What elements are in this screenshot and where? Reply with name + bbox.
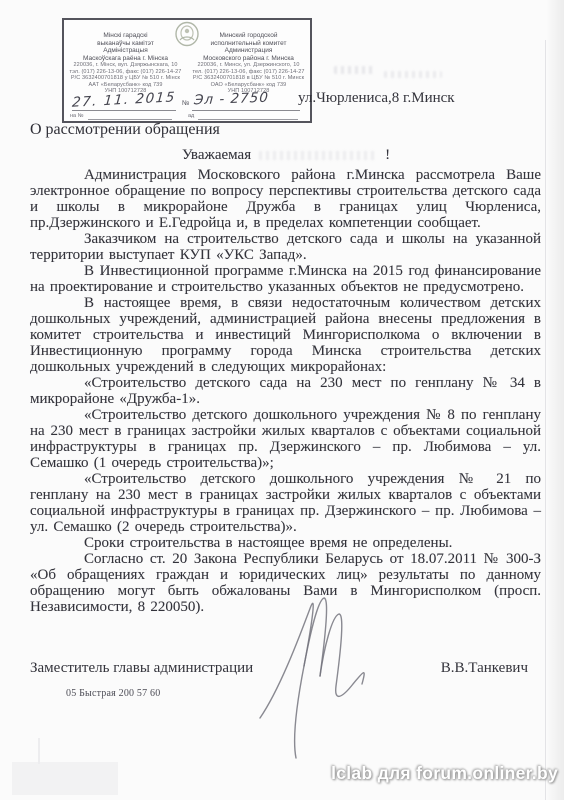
letterhead-right-column: Минский городской исполнительный комитет… [187, 24, 310, 95]
letterhead-left-column: Мінскі гарадскі выканаўчы камітэт Адміні… [64, 24, 187, 95]
paragraph: Заказчиком на строительство детского сад… [30, 231, 541, 263]
scan-artifact [12, 762, 118, 795]
paragraph: В настоящее время, в связи недостаточным… [30, 295, 541, 375]
number-underline [192, 110, 300, 111]
letterhead-line: Р/С 3632400701818 в ЦБУ № 510 г. Минск [187, 75, 310, 82]
on-number-underline [88, 119, 172, 120]
letterhead-line: Адміністрацыя [64, 47, 187, 55]
scan-artifact-line [38, 738, 40, 764]
stamp-date-line: 27. 11. 2015 № Эл - 2750 [70, 92, 302, 114]
greeting-line: Уважаемая! [30, 147, 541, 163]
from-underline [198, 119, 298, 120]
scan-edge [546, 0, 564, 800]
letterhead-line: 220036, г. Мінск, вул. Дзяржынскага, 10 [64, 62, 187, 69]
letterhead-line: Минский городской [187, 32, 310, 40]
letter-body: Уважаемая! Администрация Московского рай… [30, 147, 541, 615]
letterhead-line: исполнительный комитет [187, 40, 310, 48]
redacted-name-smudge [384, 71, 442, 78]
greeting-suffix: ! [385, 147, 390, 163]
paragraph: В Инвестиционной программе г.Минска на 2… [30, 263, 541, 295]
letterhead-line: Маскоўскага раёна г. Мінска [64, 55, 187, 63]
greeting-prefix: Уважаемая [182, 147, 251, 163]
scanned-letter-page: Мінскі гарадскі выканаўчы камітэт Адміні… [0, 0, 564, 800]
letterhead-line: Мінскі гарадскі [64, 32, 187, 40]
letter-subject: О рассмотрении обращения [30, 121, 220, 139]
from-label: ад [188, 113, 194, 119]
recipient-address: ул.Чюрлениса,8 г.Минск [298, 90, 455, 107]
signoff-row: Заместитель главы администрации В.В.Танк… [30, 660, 542, 677]
scan-edge-line [545, 40, 546, 800]
letterhead-line: 220036, г. Минск, ул. Дзержинского, 10 [187, 62, 310, 69]
paragraph-quote: «Строительство детского сада на 230 мест… [30, 375, 541, 407]
letterhead-line: выканаўчы камітэт [64, 40, 187, 48]
letterhead-stamp: Мінскі гарадскі выканаўчы камітэт Адміні… [62, 18, 312, 123]
signoff-title: Заместитель главы администрации [30, 660, 253, 677]
executor-note: 05 Быстрая 200 57 60 [66, 688, 160, 699]
number-sign: № [182, 100, 190, 107]
paragraph-quote: «Строительство детского дошкольного учре… [30, 471, 541, 535]
site-watermark: lclab для forum.onliner.by [331, 763, 558, 784]
paragraph-quote: «Строительство детского дошкольного учре… [30, 407, 541, 471]
paragraph: Администрация Московского района г.Минск… [30, 167, 541, 231]
letterhead-line: Р/С 3632400701818 у ЦБУ № 510 г. Мінск [64, 75, 187, 82]
signoff-name: В.В.Танкевич [441, 660, 528, 677]
handwritten-date: 27. 11. 2015 [71, 89, 176, 111]
letterhead-line: Администрация [187, 47, 310, 55]
redacted-name-smudge [334, 66, 376, 74]
on-number-label: на № [70, 113, 84, 119]
handwritten-number: Эл - 2750 [193, 90, 269, 109]
letterhead-line: Московского района г. Минска [187, 55, 310, 63]
date-underline [72, 110, 176, 111]
paragraph: Сроки строительства в настоящее время не… [30, 535, 541, 551]
letterhead-columns: Мінскі гарадскі выканаўчы камітэт Адміні… [64, 24, 310, 95]
redacted-name-smudge [259, 151, 377, 160]
